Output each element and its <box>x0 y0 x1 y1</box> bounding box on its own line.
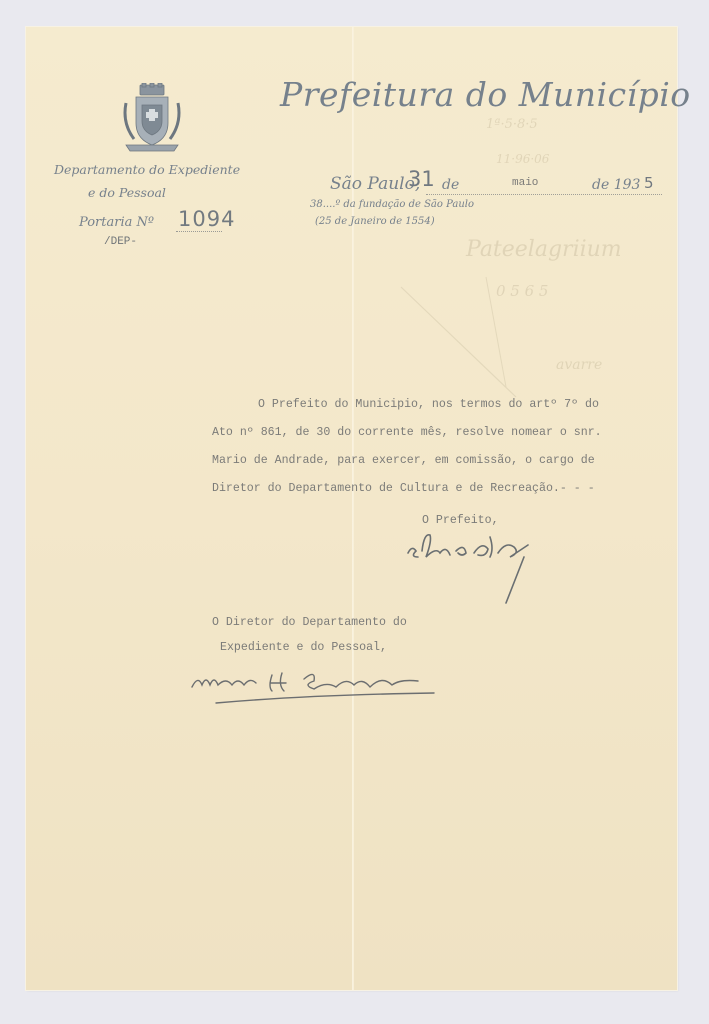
director-title-line2: Expediente e do Pessoal, <box>220 641 387 654</box>
department-name-line2: e do Pessoal <box>88 185 166 200</box>
reference-mark: /DEP- <box>104 236 137 248</box>
coat-of-arms-icon <box>120 83 184 155</box>
founding-line2: (25 de Janeiro de 1554) <box>315 216 435 227</box>
dateline-de: de <box>442 177 459 193</box>
founding-line1: 38....º da fundação de São Paulo <box>310 199 474 210</box>
mayor-signature-label: O Prefeito, <box>422 514 499 527</box>
body-line: O Prefeito do Municipio, nos termos do a… <box>258 398 599 411</box>
bleed-through-text: Pateelagriium <box>466 237 622 262</box>
paper-fold-line <box>352 27 354 990</box>
bleed-through-strokes <box>396 267 596 407</box>
body-line: Diretor do Departamento de Cultura e de … <box>212 482 595 495</box>
portaria-dotted-line <box>176 231 222 232</box>
bleed-through-text: 1ª·5·8·5 <box>486 117 538 132</box>
dateline-month: maio <box>512 177 538 189</box>
dateline-year-digit: 5 <box>644 174 654 192</box>
dateline-day: 31 <box>408 167 435 191</box>
director-title-line1: O Diretor do Departamento do <box>212 616 407 629</box>
portaria-label: Portaria Nº <box>79 215 154 230</box>
dateline-city: São Paulo, <box>330 174 420 194</box>
body-line: Ato nº 861, de 30 do corrente mês, resol… <box>212 426 602 439</box>
body-line: Mario de Andrade, para exercer, em comis… <box>212 454 595 467</box>
letterhead-title: Prefeitura do Município <box>280 75 691 114</box>
bleed-through-text: 11·96·06 <box>496 152 549 166</box>
dateline-dotted-line <box>426 194 662 195</box>
portaria-number: 1094 <box>178 207 235 231</box>
director-signature <box>186 665 446 715</box>
dateline-year-prefix: de 193 <box>592 177 640 193</box>
mayor-signature <box>402 527 552 607</box>
department-name-line1: Departamento do Expediente <box>54 162 240 177</box>
document-page: 1ª·5·8·5 11·96·06 Pateelagriium 0 5 6 5 … <box>26 27 677 990</box>
